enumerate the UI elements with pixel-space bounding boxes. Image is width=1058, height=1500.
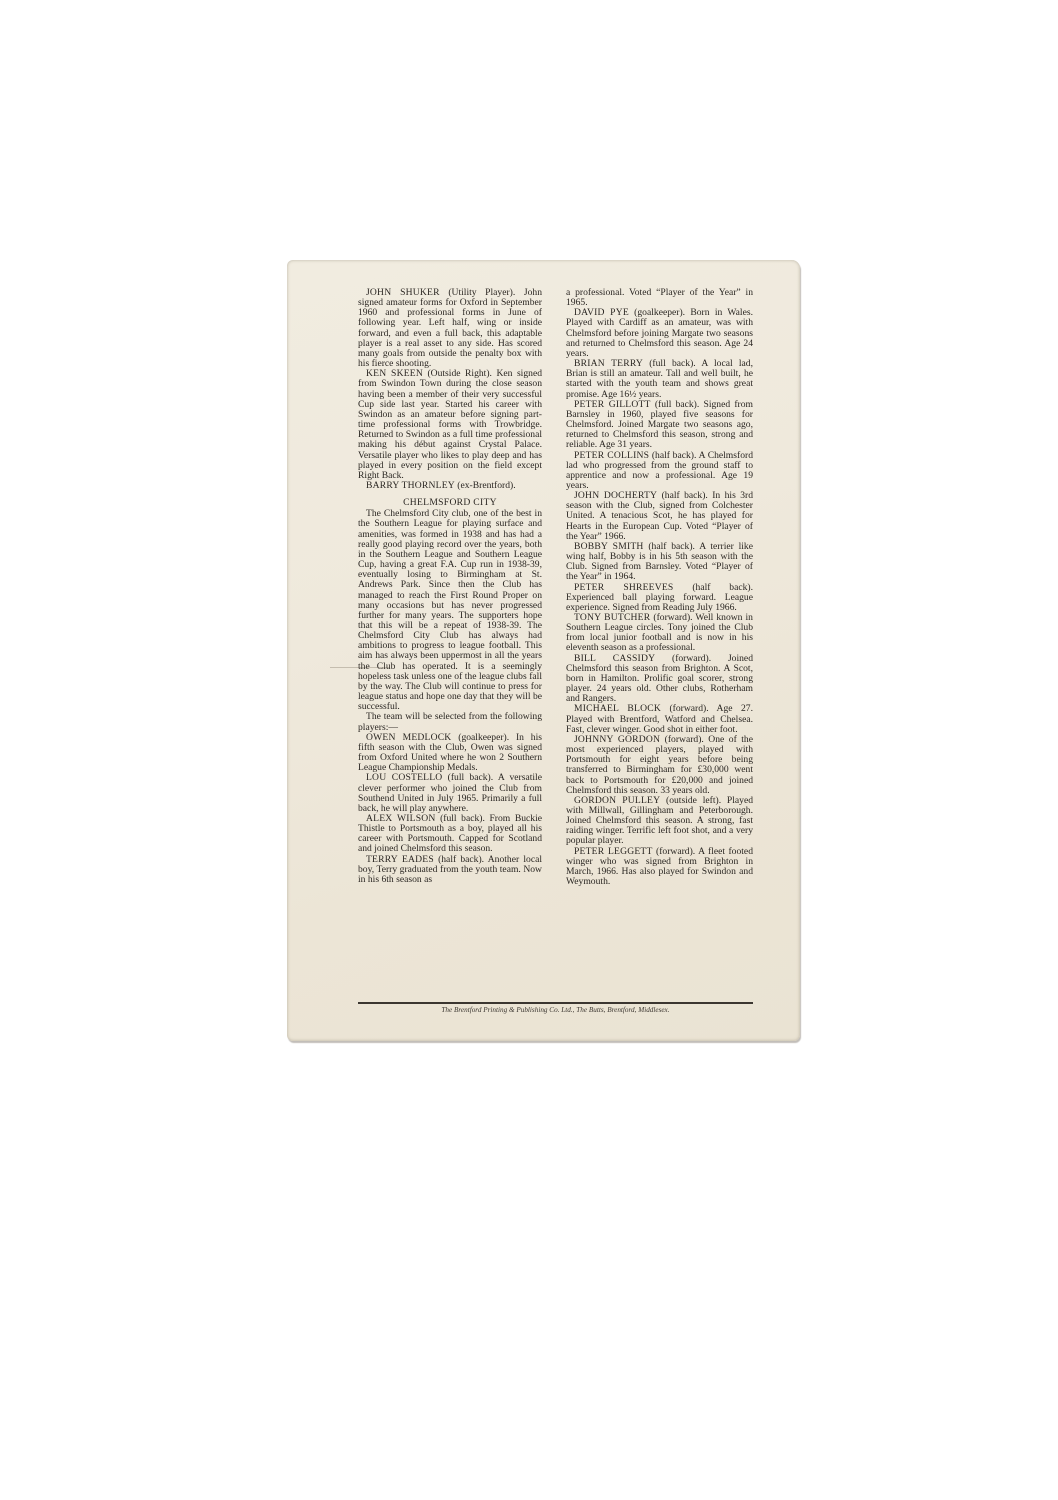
player-bio: BARRY THORNLEY (ex-Brentford). — [358, 481, 542, 491]
right-player-bios: DAVID PYE (goalkeeper). Born in Wales. P… — [566, 308, 753, 887]
player-bio: BILL CASSIDY (forward). Joined Chelmsfor… — [566, 654, 753, 705]
player-bio: GORDON PULLEY (outside left). Played wit… — [566, 796, 753, 847]
player-bio: PETER LEGGETT (forward). A fleet footed … — [566, 847, 753, 888]
player-bio: PETER COLLINS (half back). A Chelmsford … — [566, 451, 753, 492]
player-bio: LOU COSTELLO (full back). A versatile cl… — [358, 773, 542, 814]
continued-bio-text: a professional. Voted “Player of the Yea… — [566, 288, 753, 308]
left-column: JOHN SHUKER (Utility Player). John signe… — [358, 288, 542, 885]
player-bio: KEN SKEEN (Outside Right). Ken signed fr… — [358, 369, 542, 481]
right-column: a professional. Voted “Player of the Yea… — [566, 288, 753, 887]
player-bio: TERRY EADES (half back). Another local b… — [358, 855, 542, 885]
player-description: (Outside Right). Ken signed from Swindon… — [358, 368, 542, 481]
player-bio: BOBBY SMITH (half back). A terrier like … — [566, 542, 753, 583]
player-bio: PETER GILLOTT (full back). Signed from B… — [566, 400, 753, 451]
player-description: (Utility Player). John signed amateur fo… — [358, 287, 542, 369]
player-bio: ALEX WILSON (full back). From Buckie Thi… — [358, 814, 542, 855]
player-bio: OWEN MEDLOCK (goalkeeper). In his fifth … — [358, 733, 542, 774]
club-history-paragraph: The Chelmsford City club, one of the bes… — [358, 509, 542, 712]
section-heading: CHELMSFORD CITY — [358, 498, 542, 508]
player-bio: JOHN SHUKER (Utility Player). John signe… — [358, 288, 542, 369]
left-player-bios-2: OWEN MEDLOCK (goalkeeper). In his fifth … — [358, 733, 542, 885]
player-bio: JOHN DOCHERTY (half back). In his 3rd se… — [566, 491, 753, 542]
player-bio: DAVID PYE (goalkeeper). Born in Wales. P… — [566, 308, 753, 359]
player-bio: PETER SHREEVES (half back). Experienced … — [566, 583, 753, 613]
printer-imprint: The Brentford Printing & Publishing Co. … — [358, 1006, 753, 1014]
player-bio: JOHNNY GORDON (forward). One of the most… — [566, 735, 753, 796]
player-description: (ex-Brentford). — [455, 480, 516, 491]
player-bio: TONY BUTCHER (forward). Well known in So… — [566, 613, 753, 654]
left-player-bios: JOHN SHUKER (Utility Player). John signe… — [358, 288, 542, 491]
footer-rule — [358, 1002, 753, 1004]
player-bio: MICHAEL BLOCK (forward). Age 27. Played … — [566, 704, 753, 734]
player-name: BARRY THORNLEY — [366, 480, 455, 491]
player-description: (forward). One of the most experienced p… — [566, 734, 753, 796]
team-selection-intro: The team will be selected from the follo… — [358, 712, 542, 732]
player-bio: BRIAN TERRY (full back). A local lad, Br… — [566, 359, 753, 400]
